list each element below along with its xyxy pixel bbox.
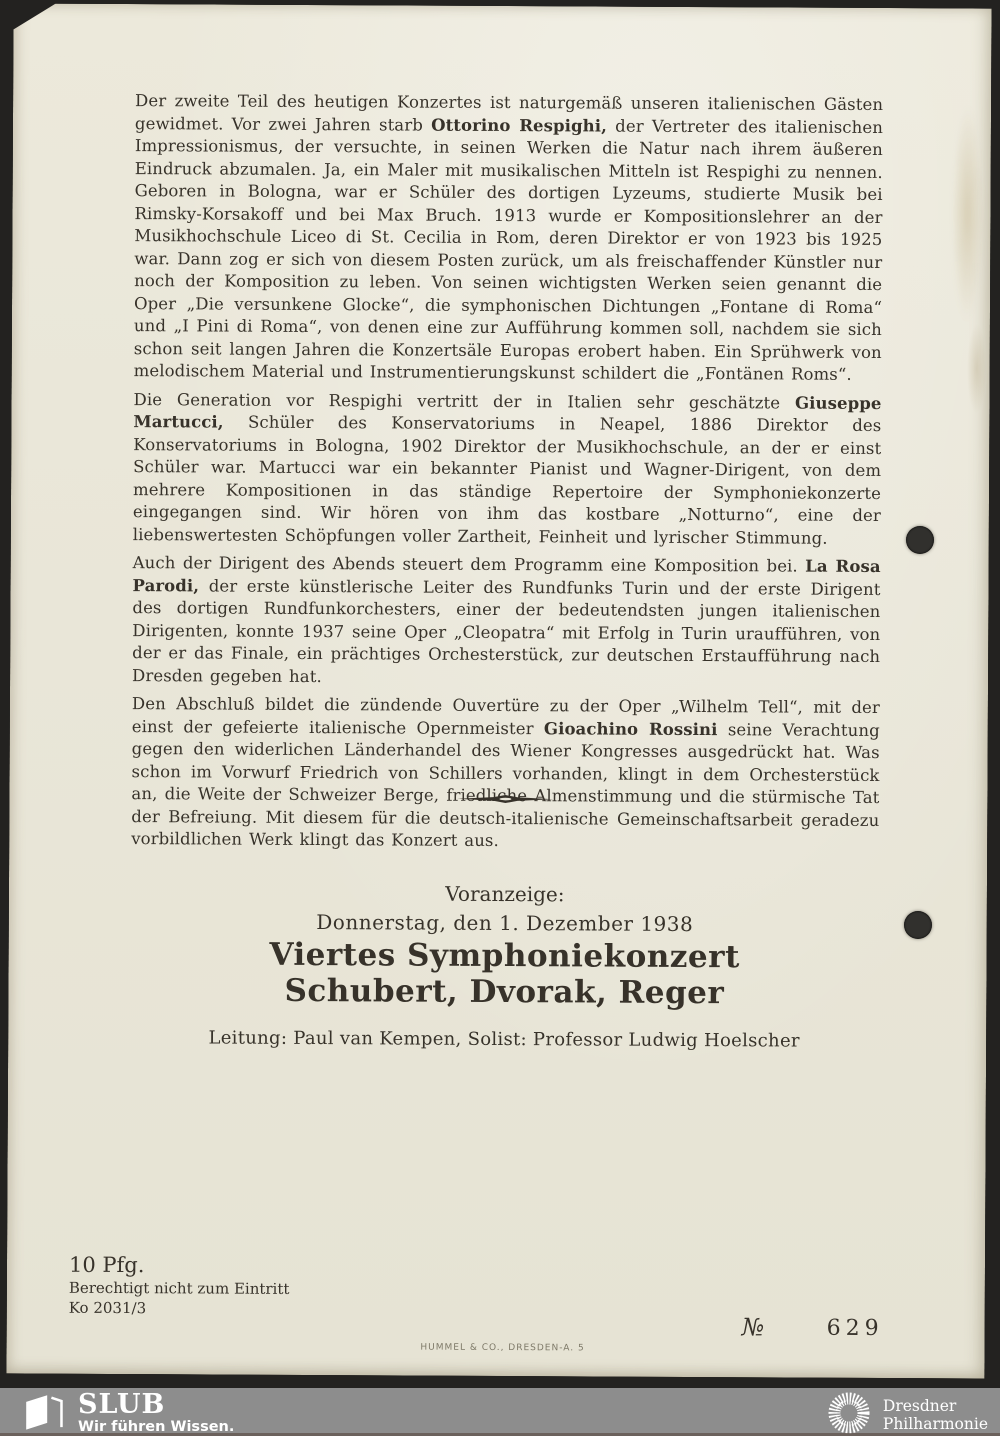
- paragraph-text: seine Verachtung gegen den widerlichen L…: [131, 720, 880, 850]
- slub-book-icon: [22, 1391, 64, 1436]
- paragraph-text: Schüler des Konservatoriums in Neapel, 1…: [133, 413, 882, 548]
- name-gioachino-rossini: Gioachino Rossini: [544, 719, 718, 739]
- slub-logo[interactable]: SLUB Wir führen Wissen.: [22, 1391, 234, 1436]
- scanned-program-page: Der zweite Teil des heutigen Konzertes i…: [6, 3, 991, 1378]
- admission-note: Berechtigt nicht zum Eintritt: [69, 1278, 290, 1299]
- name-ottorino-respighi: Ottorino Respighi,: [431, 115, 607, 135]
- philharmonie-line2: Philharmonie: [883, 1415, 988, 1433]
- paragraph-parodi: Auch der Dirigent des Abends steuert dem…: [132, 552, 881, 691]
- slub-wordmark: SLUB: [78, 1391, 234, 1418]
- slub-text-block: SLUB Wir führen Wissen.: [78, 1391, 234, 1435]
- slub-tagline: Wir führen Wissen.: [78, 1419, 234, 1435]
- paragraph-martucci: Die Generation vor Respighi vertritt der…: [133, 389, 882, 550]
- announcement-date: Donnerstag, den 1. Dezember 1938: [131, 906, 879, 940]
- hole-punch-bottom: [904, 911, 932, 939]
- philharmonie-logo[interactable]: Dresdner Philharmonie: [826, 1390, 988, 1436]
- price-label: 10 Pfg.: [69, 1252, 290, 1279]
- announcement-block: Voranzeige: Donnerstag, den 1. Dezember …: [130, 878, 879, 1054]
- announcement-label: Voranzeige:: [131, 878, 879, 910]
- print-code: Ko 2031/3: [69, 1298, 290, 1319]
- philharmonie-sunburst-icon: [826, 1390, 872, 1436]
- paragraph-text: der Vertreter des italienischen Impressi…: [134, 116, 883, 384]
- paragraph-text: Auch der Dirigent des Abends steuert dem…: [133, 553, 806, 576]
- paragraph-text: Die Generation vor Respighi vertritt der…: [133, 390, 795, 412]
- spindle-rule-icon: [457, 794, 553, 805]
- announcement-credits: Leitung: Paul van Kempen, Solist: Profes…: [130, 1026, 878, 1054]
- hole-punch-top: [906, 526, 934, 554]
- paragraph-respighi: Der zweite Teil des heutigen Konzertes i…: [134, 90, 884, 386]
- announcement-composers: Schubert, Dvorak, Reger: [130, 972, 878, 1013]
- viewer-footer-bar: SLUB Wir führen Wissen. Dresdner Philhar…: [0, 1388, 1000, 1436]
- paper-stain-small: [963, 308, 990, 428]
- paragraph-text: der erste künstlerische Leiter des Rundf…: [132, 576, 881, 686]
- program-number: 629: [827, 1316, 884, 1341]
- printer-imprint: HUMMEL & CO., DRESDEN-A. 5: [129, 1341, 877, 1355]
- imprint-block: 10 Pfg. Berechtigt nicht zum Eintritt Ko…: [69, 1252, 290, 1319]
- philharmonie-line1: Dresdner: [883, 1397, 956, 1415]
- number-sign-label: №: [742, 1313, 765, 1341]
- program-text-block: Der zweite Teil des heutigen Konzertes i…: [131, 90, 883, 860]
- announcement-title: Viertes Symphoniekonzert: [131, 936, 879, 976]
- philharmonie-text-block: Dresdner Philharmonie: [883, 1397, 988, 1433]
- divider-ornament: [131, 787, 879, 810]
- paragraph-rossini: Den Abschluß bildet die zündende Ouvertü…: [131, 693, 880, 854]
